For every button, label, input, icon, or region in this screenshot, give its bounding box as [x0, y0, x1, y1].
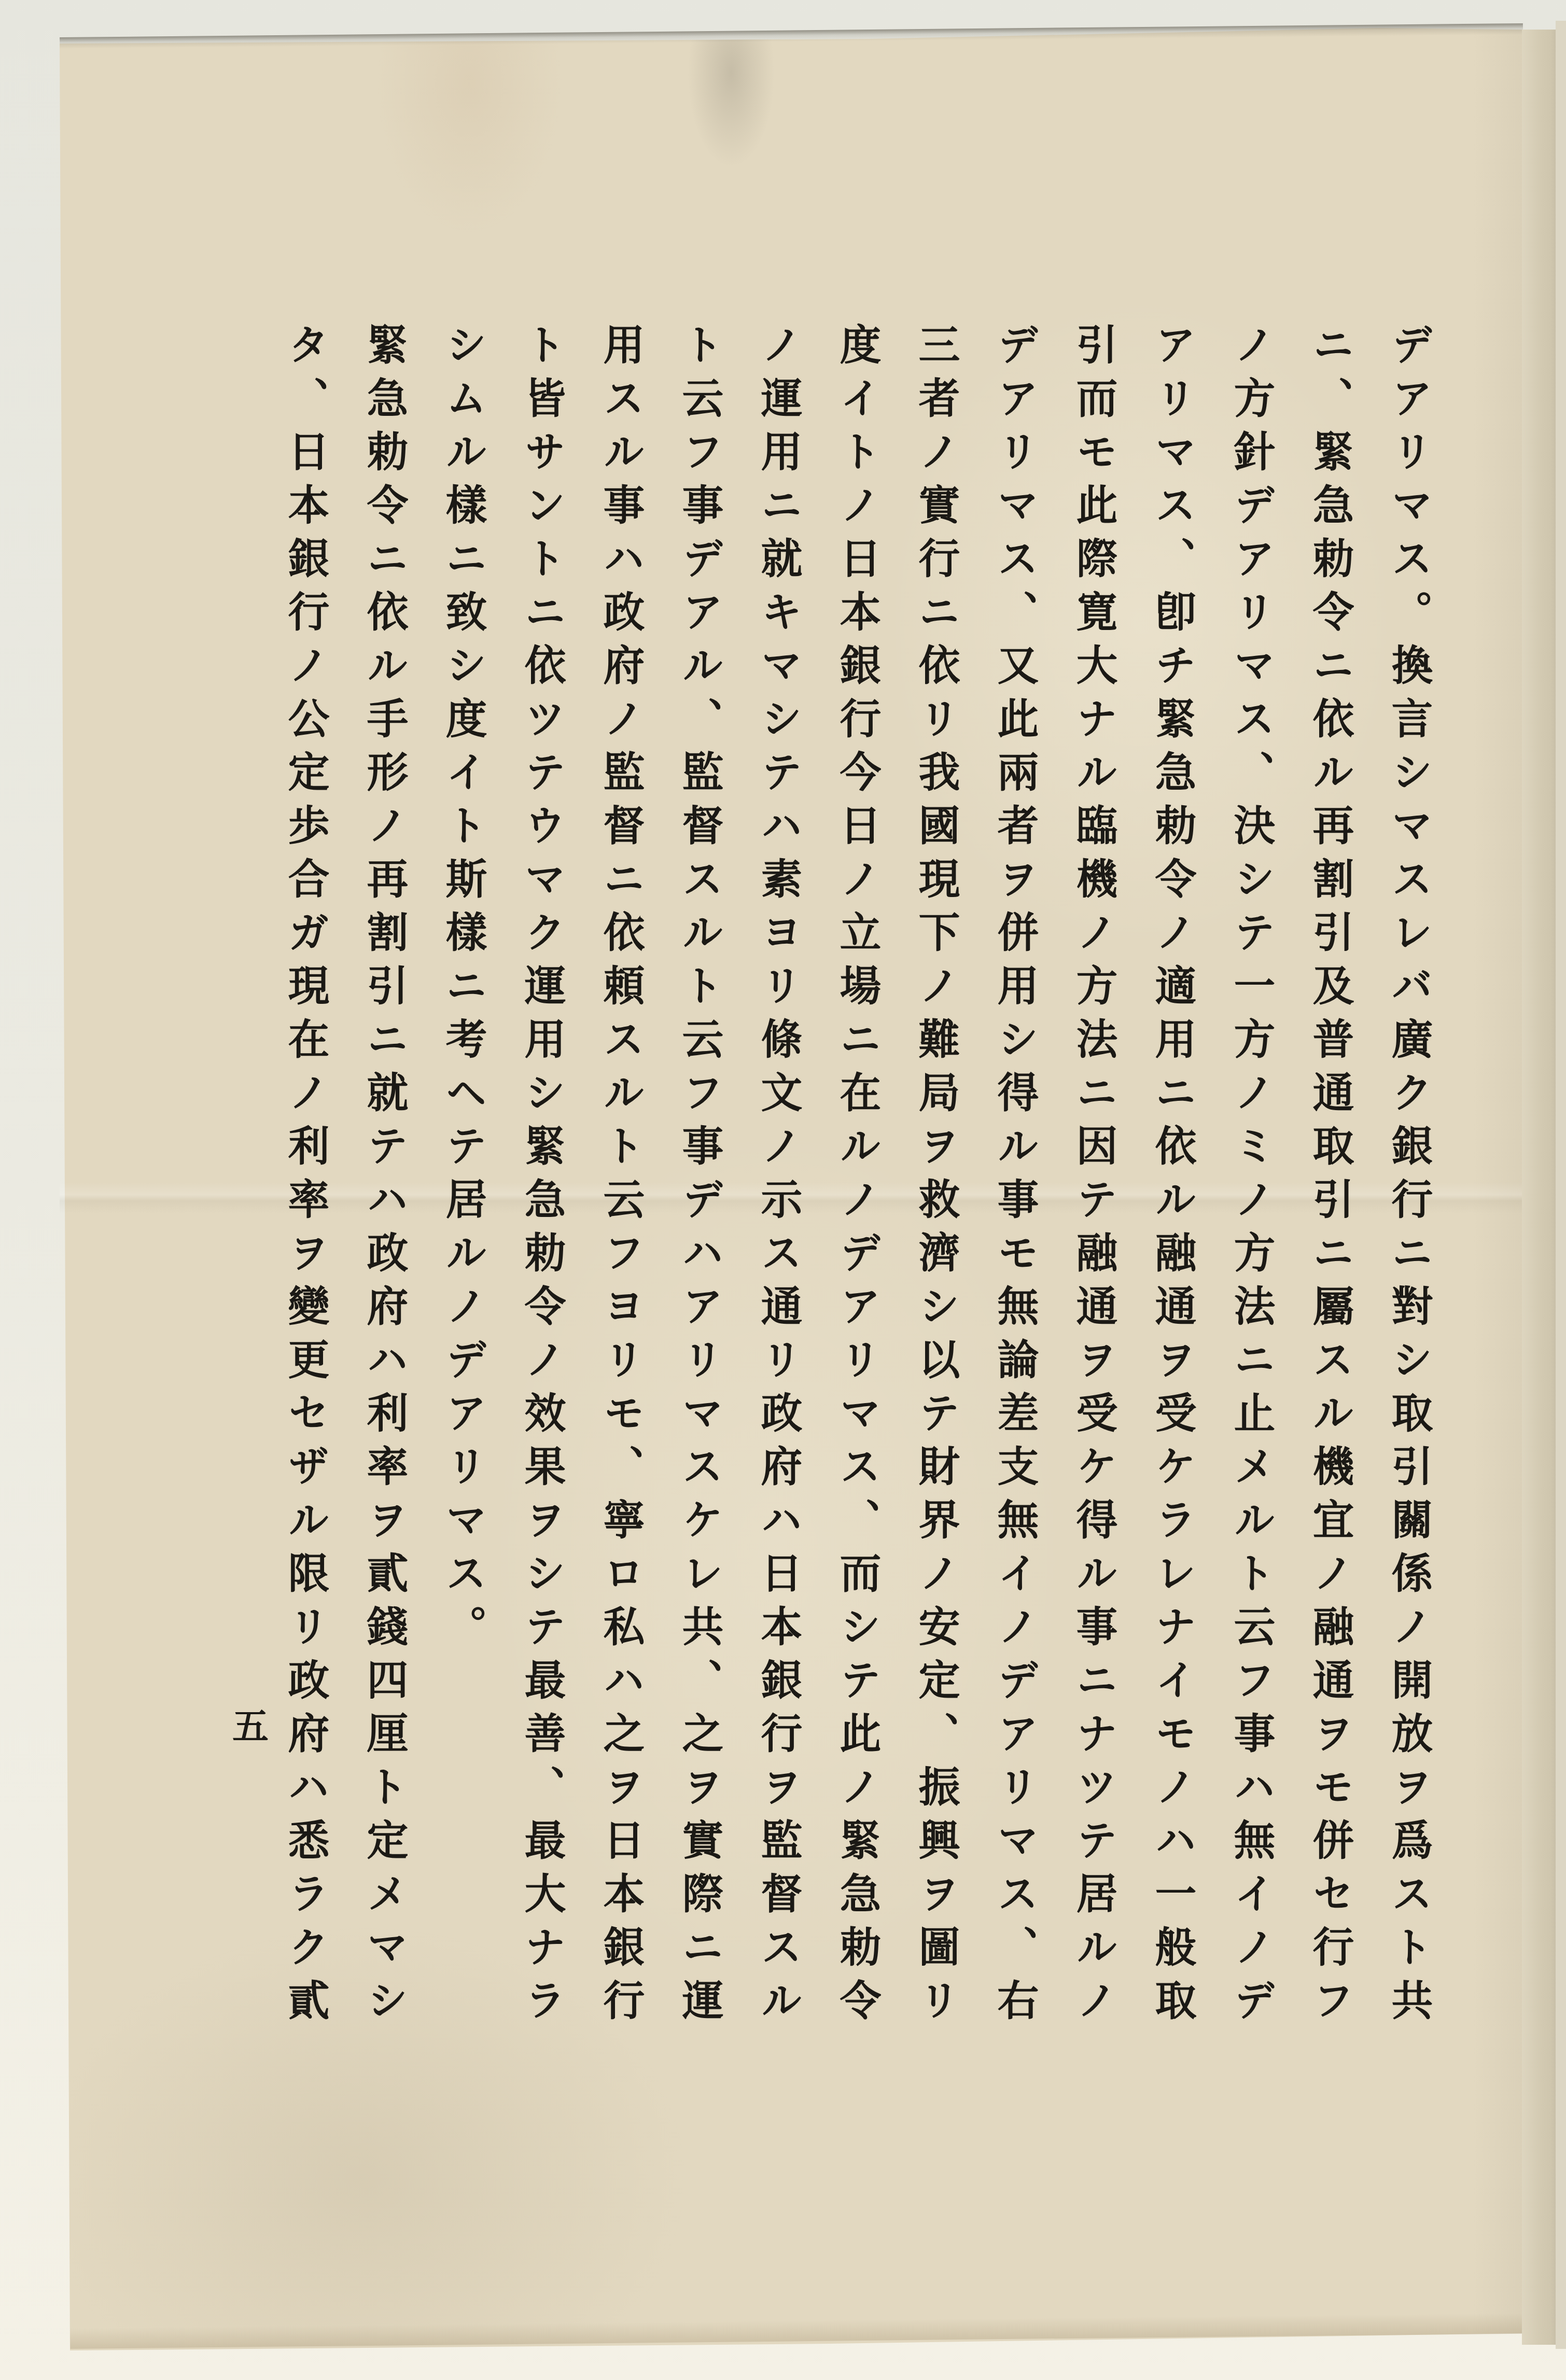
text-column-10: ト云フ事デアル、監督スルト云フ事デハアリマスケレ共、之ヲ實際ニ運 — [679, 323, 720, 2086]
text-column-7: 三者ノ實行ニ依リ我國現下ノ難局ヲ救濟シ以テ財界ノ安定、振興ヲ圖リ — [915, 323, 957, 2086]
scanned-page: デアリマス。換言シマスレバ廣ク銀行ニ對シ取引關係ノ開放ヲ爲スト共 ニ、緊急勅令ニ… — [0, 0, 1566, 2380]
text-column-8: 度イトノ日本銀行今日ノ立場ニ在ルノデアリマス、而シテ此ノ緊急勅令 — [836, 323, 878, 2086]
text-column-5: 引而モ此際寛大ナル臨機ノ方法ニ因テ融通ヲ受ケ得ル事ニナツテ居ルノ — [1073, 323, 1114, 2086]
page-number: 五 — [230, 1706, 271, 1747]
text-column-1: デアリマス。換言シマスレバ廣ク銀行ニ對シ取引關係ノ開放ヲ爲スト共 — [1388, 323, 1430, 2086]
text-column-14: 緊急勅令ニ依ル手形ノ再割引ニ就テハ政府ハ利率ヲ貳錢四厘ト定メマシ — [363, 323, 405, 2086]
text-column-6: デアリマス、又此兩者ヲ併用シ得ル事モ無論差支無イノデアリマス、右 — [994, 323, 1036, 2086]
vertical-text-body: デアリマス。換言シマスレバ廣ク銀行ニ對シ取引關係ノ開放ヲ爲スト共 ニ、緊急勅令ニ… — [285, 323, 1430, 2086]
text-column-13: シムル樣ニ致シ度イト斯樣ニ考ヘテ居ルノデアリマス。 — [442, 323, 484, 2086]
text-column-2: ニ、緊急勅令ニ依ル再割引及普通取引ニ屬スル機宜ノ融通ヲモ併セ行フ — [1309, 323, 1351, 2086]
text-column-4: アリマス、卽チ緊急勅令ノ適用ニ依ル融通ヲ受ケラレナイモノハ一般取 — [1152, 323, 1193, 2086]
text-column-9: ノ運用ニ就キマシテハ素ヨリ條文ノ示ス通リ政府ハ日本銀行ヲ監督スル — [758, 323, 799, 2086]
text-column-15: タ、日本銀行ノ公定歩合ガ現在ノ利率ヲ變更セザル限リ政府ハ悉ラク貳 — [285, 323, 326, 2086]
text-column-11: 用スル事ハ政府ノ監督ニ依頼スルト云フヨリモ、寧ロ私ハ之ヲ日本銀行 — [600, 323, 641, 2086]
text-column-12: ト皆サントニ依ツテウマク運用シ緊急勅令ノ效果ヲシテ最善、最大ナラ — [521, 323, 563, 2086]
text-column-3: ノ方針デアリマス、決シテ一方ノミノ方法ニ止メルト云フ事ハ無イノデ — [1231, 323, 1272, 2086]
underlying-page-edge — [1556, 21, 1566, 2349]
page-fold-edge — [1522, 30, 1556, 2345]
